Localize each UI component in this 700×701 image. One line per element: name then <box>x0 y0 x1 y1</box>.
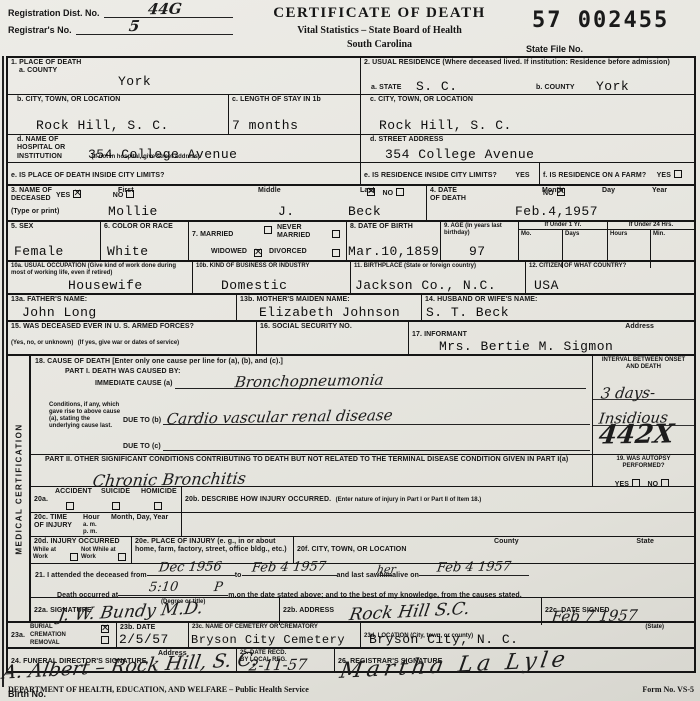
last-name-label: Last <box>360 187 375 195</box>
footer-agency: DEPARTMENT OF HEALTH, EDUCATION, AND WEL… <box>8 685 309 695</box>
date-of-death-label: 4. DATE OF DEATH <box>430 187 468 204</box>
due-to-b-line: DUE TO (b) Cardio vascular renal disease <box>123 400 592 425</box>
time-of-injury-blank <box>181 513 694 536</box>
residence-city-cell: c. CITY, TOWN, OR LOCATION Rock Hill, S.… <box>361 94 694 134</box>
color-race-label: 6. COLOR OR RACE <box>104 223 185 231</box>
attended-last-value: Feb 4 1957 <box>436 559 512 575</box>
row-forces-ssn-informant: 15. WAS DECEASED EVER IN U. S. ARMED FOR… <box>8 320 694 354</box>
name-subtitle: (Type or print) <box>11 208 59 216</box>
sex-value: Female <box>14 244 64 259</box>
row-burial: 23a. BURIAL CREMATION REMOVAL 23b. DATE … <box>8 621 694 647</box>
date-of-birth-value: Mar.10,1859 <box>348 244 439 259</box>
widowed-label: WIDOWED <box>211 248 247 256</box>
burial-date-cell: 23b. DATE 2/5/57 <box>116 623 188 647</box>
scan-edge-line <box>2 56 4 687</box>
street-address-label: d. STREET ADDRESS <box>370 136 691 144</box>
cause-of-death-main: 18. CAUSE OF DEATH [Enter only one cause… <box>31 356 592 486</box>
farm-yes-label: YES <box>657 172 671 179</box>
informant-address-label: Address <box>625 323 654 331</box>
never-married-checkbox <box>332 230 340 238</box>
under-1yr-cell: If Under 1 Yr. Mo. Days <box>518 222 607 260</box>
burial-location-state-label: (State) <box>645 624 664 631</box>
form-footer: DEPARTMENT OF HEALTH, EDUCATION, AND WEL… <box>8 685 694 695</box>
age-cell: 9. AGE (In years last birthday) 97 <box>440 222 518 260</box>
not-while-at-work-label: Not While at Work <box>81 547 117 561</box>
accident-label-20a: 20a. <box>34 496 48 503</box>
place-of-death-title: 1. PLACE OF DEATH <box>11 59 357 67</box>
divorced-label: DIVORCED <box>269 248 307 256</box>
residence-limits-cell: e. IS RESIDENCE INSIDE CITY LIMITS? YES … <box>361 163 539 184</box>
cemetery-value: Bryson City Cemetery <box>191 633 345 647</box>
header-center: CERTIFICATE OF DEATH Vital Statistics – … <box>233 4 526 56</box>
marital-status-cell: 7. MARRIED NEVER MARRIED WIDOWED DIVORCE… <box>188 222 346 260</box>
burial-date-value: 2/5/57 <box>119 632 169 647</box>
medical-certification-vertical-label: MEDICAL CERTIFICATION <box>14 423 23 554</box>
attended-to-value: Feb 4 1957 <box>251 559 327 575</box>
date-of-death-cell: 4. DATE OF DEATH Month Day Year Feb.4,19… <box>426 186 694 220</box>
residence-state-label: a. STATE <box>371 84 402 92</box>
spouse-name-value: S. T. Beck <box>426 305 509 320</box>
attended-from-value: Dec 1956 <box>158 559 223 575</box>
state-file-number-stamp: 57 002455 <box>532 8 694 33</box>
under-24hrs-label: If Under 24 Hrs. <box>608 222 694 230</box>
attended-mid: and last saw <box>337 572 380 579</box>
color-race-cell: 6. COLOR OR RACE White <box>100 222 188 260</box>
burial-location-cell: 23d. LOCATION (City, town, or county) (S… <box>360 623 694 647</box>
due-to-b-value: Cardio vascular renal disease <box>166 406 394 428</box>
name-of-deceased-cell: 3. NAME OF DECEASED (Type or print) Firs… <box>8 186 426 220</box>
row-occupation-birthplace: 10a. USUAL OCCUPATION (Give kind of work… <box>8 260 694 293</box>
place-of-injury-label: 20e. PLACE OF INJURY (e. g., in or about… <box>135 538 290 555</box>
middle-name-label: Middle <box>258 187 281 195</box>
describe-injury-cell: 20b. DESCRIBE HOW INJURY OCCURRED. (Ente… <box>181 487 694 512</box>
place-city-row: b. CITY, TOWN, OR LOCATION Rock Hill, S.… <box>8 94 360 134</box>
row-injury-place: 20d. INJURY OCCURRED While at Work Not W… <box>31 536 694 563</box>
dod-month-label: Month <box>542 187 564 195</box>
mother-name-cell: 13b. MOTHER'S MAIDEN NAME: Elizabeth Joh… <box>236 295 421 320</box>
dod-year-label: Year <box>652 187 667 195</box>
due-to-c-label: DUE TO (c) <box>123 443 161 451</box>
informant-cell: 17. INFORMANT Address Mrs. Bertie M. Sig… <box>408 322 694 354</box>
residence-limits-label: e. IS RESIDENCE INSIDE CITY LIMITS? <box>364 172 497 179</box>
residence-farm-label: f. IS RESIDENCE ON A FARM? <box>543 172 646 179</box>
certificate-subtitle: Vital Statistics – State Board of Health <box>233 25 526 36</box>
mother-name-label: 13b. MOTHER'S MAIDEN NAME: <box>240 296 418 304</box>
burial-23a-label: 23a. <box>11 632 25 639</box>
death-certificate-scan: Registration Dist. No. 44G Registrar's N… <box>0 0 700 701</box>
usual-residence-title: 2. USUAL RESIDENCE (Where deceased lived… <box>364 59 691 67</box>
accident-label: ACCIDENT <box>55 488 92 496</box>
due-to-block: Conditions, if any, which gave rise to a… <box>31 400 592 454</box>
hospital-label: d. NAME OF HOSPITAL OR INSTITUTION <box>17 136 87 161</box>
death-time-value: 5:10 <box>148 580 179 596</box>
age-label: 9. AGE (In years last birthday) <box>444 223 515 237</box>
row-place-residence: 1. PLACE OF DEATH a. COUNTY York b. CITY… <box>8 58 694 184</box>
attended-last-underline: Feb 4 1957 <box>419 566 529 576</box>
street-address-value: 354 College Avenue <box>385 147 534 162</box>
place-city-cell: b. CITY, TOWN, OR LOCATION Rock Hill, S.… <box>8 95 228 134</box>
medical-certification-block: MEDICAL CERTIFICATION 18. CAUSE OF DEATH… <box>8 354 694 621</box>
occupation-cell: 10a. USUAL OCCUPATION (Give kind of work… <box>8 262 192 293</box>
autopsy-yes-checkbox <box>632 479 640 487</box>
injury-occurred-cell: 20d. INJURY OCCURRED While at Work Not W… <box>31 537 131 563</box>
part2-label: PART II. OTHER SIGNIFICANT CONDITIONS CO… <box>45 456 588 464</box>
death-ampm-underline: P <box>208 586 228 596</box>
while-at-work-checkbox <box>70 553 78 561</box>
physician-address-label: 22b. ADDRESS <box>283 607 334 614</box>
registrar-no-underline: 5 <box>76 23 233 35</box>
injury-am-label: a. m. <box>83 522 97 529</box>
registrar-no-line: Registrar's No. 5 <box>8 23 233 35</box>
place-city-label: b. CITY, TOWN, OR LOCATION <box>17 96 225 104</box>
attended-pre: 21. I attended the deceased from <box>35 572 147 579</box>
residence-county-label: b. COUNTY <box>536 84 575 92</box>
row-accident: 20a. ACCIDENT SUICIDE HOMICIDE 20b. DESC… <box>31 486 694 512</box>
spouse-name-label: 14. HUSBAND OR WIFE'S NAME: <box>425 296 691 304</box>
place-county-cell: 1. PLACE OF DEATH a. COUNTY York <box>8 58 360 94</box>
registrar-no-label: Registrar's No. <box>8 25 72 35</box>
registrar-signature-value: Martha La Lyle <box>338 647 571 684</box>
conditions-note: Conditions, if any, which gave rise to a… <box>31 400 123 454</box>
residence-limits-yes-label: YES <box>515 172 529 179</box>
ssn-label: 16. SOCIAL SECURITY NO. <box>260 323 405 331</box>
medical-certification-inner: 18. CAUSE OF DEATH [Enter only one cause… <box>29 356 694 621</box>
hospital-value: 354 College Avenue <box>88 147 237 162</box>
residence-limits-farm-row: e. IS RESIDENCE INSIDE CITY LIMITS? YES … <box>361 162 694 184</box>
length-of-stay-cell: c. LENGTH OF STAY IN 1b 7 months <box>228 95 360 134</box>
due-to-b-label: DUE TO (b) <box>123 417 161 425</box>
cause-header-and-immediate: 18. CAUSE OF DEATH [Enter only one cause… <box>31 356 592 400</box>
suicide-checkbox <box>112 502 120 510</box>
business-value: Domestic <box>221 278 287 293</box>
sex-label: 5. SEX <box>11 223 97 231</box>
homicide-checkbox <box>154 502 162 510</box>
last-name-value: Beck <box>348 204 381 219</box>
accident-checkbox <box>66 502 74 510</box>
birthplace-value: Jackson Co., N.C. <box>355 278 496 293</box>
citizen-value: USA <box>534 278 559 293</box>
row-sex-race-marital: 5. SEX Female 6. COLOR OR RACE White 7. … <box>8 220 694 260</box>
describe-injury-label: 20b. DESCRIBE HOW INJURY OCCURRED. <box>185 496 331 503</box>
residence-farm-cell: f. IS RESIDENCE ON A FARM? YES NO <box>539 163 694 184</box>
injury-city-label: 20f. CITY, TOWN, OR LOCATION <box>297 546 407 553</box>
length-of-stay-label: c. LENGTH OF STAY IN 1b <box>232 96 357 104</box>
date-of-birth-label: 8. DATE OF BIRTH <box>350 223 437 231</box>
occupation-value: Housewife <box>68 278 143 293</box>
funeral-director-signature: A. Albert – Rock Hill, S. C. <box>1 648 259 683</box>
first-name-label: First <box>118 187 134 195</box>
footer-form-number: Form No. VS-5 <box>642 685 694 695</box>
immediate-cause-value: Bronchopneumonia <box>233 370 384 391</box>
never-married-label: NEVER MARRIED <box>277 224 321 241</box>
registration-dist-label: Registration Dist. No. <box>8 8 100 18</box>
mother-name-value: Elizabeth Johnson <box>259 305 400 320</box>
sex-cell: 5. SEX Female <box>8 222 100 260</box>
first-name-value: Mollie <box>108 204 158 219</box>
spouse-name-cell: 14. HUSBAND OR WIFE'S NAME: S. T. Beck <box>421 295 694 320</box>
armed-forces-note1: (Yes, no, or unknown) <box>11 340 73 346</box>
time-of-injury-cell: 20c. TIME OF INJURY Hour a. m. p. m. Mon… <box>31 513 181 536</box>
state-file-label: State File No. <box>526 44 583 54</box>
occupation-label: 10a. USUAL OCCUPATION (Give kind of work… <box>11 263 189 277</box>
death-ampm-value: P <box>213 580 224 595</box>
injury-county-label: County <box>494 538 519 546</box>
row-parents-spouse: 13a. FATHER'S NAME: John Long 13b. MOTHE… <box>8 293 694 320</box>
length-of-stay-value: 7 months <box>232 118 298 133</box>
age-value: 97 <box>469 244 486 259</box>
farm-yes-checkbox <box>674 170 682 178</box>
birthplace-cell: 11. BIRTHPLACE (State or foreign country… <box>350 262 525 293</box>
residence-county-value: York <box>596 79 629 94</box>
citizen-label: 12. CITIZEN OF WHAT COUNTRY? <box>529 263 691 270</box>
interval-header: INTERVAL BETWEEN ONSET AND DEATH <box>595 357 692 371</box>
color-race-value: White <box>107 244 149 259</box>
widowed-checkbox <box>254 249 262 257</box>
residence-state-value: S. C. <box>416 79 458 94</box>
married-label: 7. MARRIED <box>192 231 233 238</box>
informant-value: Mrs. Bertie M. Sigmon <box>439 339 613 354</box>
armed-forces-label: 15. WAS DECEASED EVER IN U. S. ARMED FOR… <box>11 323 253 331</box>
date-of-birth-cell: 8. DATE OF BIRTH Mar.10,1859 <box>346 222 440 260</box>
time-of-injury-label: 20c. TIME OF INJURY <box>34 514 76 531</box>
attended-alive: alive on <box>392 572 419 579</box>
certificate-header: Registration Dist. No. 44G Registrar's N… <box>0 0 700 56</box>
place-city-limits-label: e. IS PLACE OF DEATH INSIDE CITY LIMITS? <box>11 172 164 179</box>
row-time-of-injury: 20c. TIME OF INJURY Hour a. m. p. m. Mon… <box>31 512 694 536</box>
cremation-label: CREMATION <box>30 632 66 639</box>
place-city-value: Rock Hill, S. C. <box>36 118 169 133</box>
immediate-cause-label: IMMEDIATE CAUSE (a) <box>95 380 173 388</box>
citizen-cell: 12. CITIZEN OF WHAT COUNTRY? USA <box>525 262 694 293</box>
hospital-cell: d. NAME OF HOSPITAL OR INSTITUTION (If n… <box>8 134 360 162</box>
homicide-label: HOMICIDE <box>141 488 177 496</box>
injury-state-label: State <box>636 538 654 546</box>
residence-state-county-cell: 2. USUAL RESIDENCE (Where deceased lived… <box>361 58 694 94</box>
armed-forces-cell: 15. WAS DECEASED EVER IN U. S. ARMED FOR… <box>8 322 256 354</box>
due-to-b-underline: Cardio vascular renal disease <box>163 413 590 425</box>
place-city-limits-cell: e. IS PLACE OF DEATH INSIDE CITY LIMITS?… <box>8 162 360 184</box>
cremation-checkbox <box>101 636 109 644</box>
attended-statement-cell: 21. I attended the deceased from Dec 195… <box>31 563 694 597</box>
suicide-label: SUICIDE <box>101 488 130 496</box>
registrar-no-value: 5 <box>128 17 141 35</box>
injury-pm-label: p. m. <box>83 529 97 536</box>
injury-occurred-label: 20d. INJURY OCCURRED <box>34 538 128 546</box>
dod-day-label: Day <box>602 187 615 195</box>
header-right: 57 002455 State File No. <box>526 4 694 56</box>
father-name-value: John Long <box>22 305 97 320</box>
cemetery-cell: 23c. NAME OF CEMETERY OR CREMATORY Bryso… <box>188 623 360 647</box>
describe-injury-note: (Enter nature of injury in Part I or Par… <box>336 497 482 503</box>
name-title: 3. NAME OF DECEASED <box>11 187 73 204</box>
armed-forces-note2: (If yes, give war or dates of service) <box>78 340 179 346</box>
row-director-registrar: 24. FUNERAL DIRECTOR'S SIGNATURE Address… <box>8 647 694 671</box>
autopsy-label: 19. WAS AUTOPSY PERFORMED? <box>595 456 692 470</box>
part2-cell: PART II. OTHER SIGNIFICANT CONDITIONS CO… <box>31 454 592 486</box>
section-place-of-death: 1. PLACE OF DEATH a. COUNTY York b. CITY… <box>8 58 360 184</box>
funeral-director-cell: 24. FUNERAL DIRECTOR'S SIGNATURE Address… <box>8 649 236 671</box>
due-to-c-underline <box>163 439 590 451</box>
autopsy-cell: 19. WAS AUTOPSY PERFORMED? YES NO <box>593 454 694 486</box>
accident-suicide-homicide-cell: 20a. ACCIDENT SUICIDE HOMICIDE <box>31 487 181 512</box>
interval-header-cell: INTERVAL BETWEEN ONSET AND DEATH 3 days- <box>593 356 694 400</box>
not-while-at-work-checkbox <box>118 553 126 561</box>
burial-label: BURIAL <box>30 624 53 631</box>
business-label: 10b. KIND OF BUSINESS OR INDUSTRY <box>196 263 347 270</box>
business-cell: 10b. KIND OF BUSINESS OR INDUSTRY Domest… <box>192 262 350 293</box>
row-name-dod: 3. NAME OF DECEASED (Type or print) Firs… <box>8 184 694 220</box>
certificate-form: 1. PLACE OF DEATH a. COUNTY York b. CITY… <box>6 56 696 673</box>
divorced-checkbox <box>332 249 340 257</box>
burial-location-value: Bryson City, N. C. <box>369 632 518 647</box>
registrar-signature-cell: 26. REGISTRAR'S SIGNATURE Martha La Lyle <box>334 649 694 671</box>
ssn-cell: 16. SOCIAL SECURITY NO. <box>256 322 408 354</box>
father-name-cell: 13a. FATHER'S NAME: John Long <box>8 295 236 320</box>
certificate-state: South Carolina <box>233 39 526 50</box>
medical-certification-gutter: MEDICAL CERTIFICATION <box>8 356 29 621</box>
burial-cremation-cell: 23a. BURIAL CREMATION REMOVAL <box>8 623 116 647</box>
place-county-value: York <box>118 74 151 89</box>
residence-city-label: c. CITY, TOWN, OR LOCATION <box>370 96 691 104</box>
attended-her-value: her <box>377 563 398 576</box>
attended-to-underline: Feb 4 1957 <box>242 566 337 576</box>
informant-label: 17. INFORMANT <box>412 331 467 338</box>
section-usual-residence: 2. USUAL RESIDENCE (Where deceased lived… <box>360 58 694 184</box>
registration-dist-line: Registration Dist. No. 44G <box>8 6 233 18</box>
under-24hrs-cell: If Under 24 Hrs. Hours Min. <box>607 222 694 260</box>
cause-of-death-title: 18. CAUSE OF DEATH [Enter only one cause… <box>35 358 588 366</box>
header-left: Registration Dist. No. 44G Registrar's N… <box>8 4 233 56</box>
attended-from-underline: Dec 1956 <box>147 566 235 576</box>
autopsy-no-checkbox <box>661 479 669 487</box>
death-time-underline: 5:10 <box>118 586 208 596</box>
married-checkbox <box>264 226 272 234</box>
code-stamp-cell: 442X <box>593 426 694 454</box>
residence-city-value: Rock Hill, S. C. <box>379 118 512 133</box>
cemetery-label: 23c. NAME OF CEMETERY OR CREMATORY <box>192 624 357 631</box>
under-1yr-label: If Under 1 Yr. <box>519 222 607 230</box>
while-at-work-label: While at Work <box>33 547 67 561</box>
immediate-cause-underline: Bronchopneumonia <box>175 377 586 389</box>
due-to-c-line: DUE TO (c) <box>123 425 592 451</box>
middle-name-value: J. <box>278 204 295 219</box>
registration-dist-underline: 44G <box>104 6 233 18</box>
date-of-death-value: Feb.4,1957 <box>515 204 598 219</box>
burial-checkbox <box>101 625 109 633</box>
code-stamp-value: 442X <box>597 419 675 450</box>
registration-dist-value: 44G <box>146 0 182 18</box>
street-address-cell: d. STREET ADDRESS 354 College Avenue <box>361 134 694 162</box>
place-county-label: a. COUNTY <box>19 67 357 75</box>
cause-of-death-block: 18. CAUSE OF DEATH [Enter only one cause… <box>31 356 694 486</box>
father-name-label: 13a. FATHER'S NAME: <box>11 296 233 304</box>
injury-mdy-label: Month, Day, Year <box>111 514 168 522</box>
birthplace-label: 11. BIRTHPLACE (State or foreign country… <box>354 263 522 270</box>
certificate-title: CERTIFICATE OF DEATH <box>233 5 526 22</box>
attended-to-word: to <box>235 572 242 579</box>
removal-label: REMOVAL <box>30 640 60 647</box>
interval-column: INTERVAL BETWEEN ONSET AND DEATH 3 days-… <box>592 356 694 486</box>
